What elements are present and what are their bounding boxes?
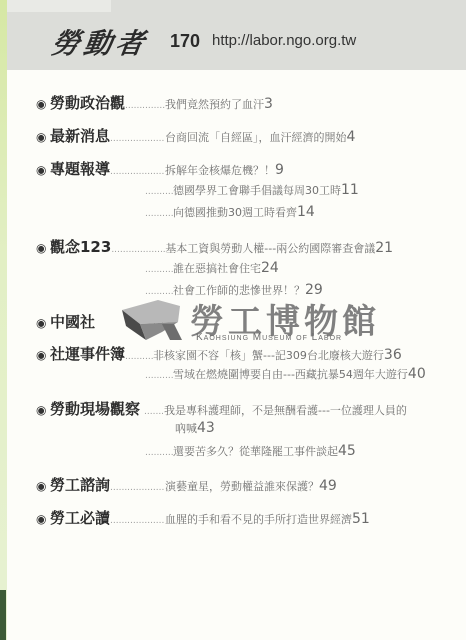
page-number: 51 <box>352 511 370 527</box>
page-number: 4 <box>347 129 356 145</box>
bullet-icon: ◉ <box>36 316 50 330</box>
article-title: 我是專科護理師，不是無酬看護---一位護理人員的 <box>164 402 407 418</box>
toc-sub-entry-continuation[interactable]: 吶喊 43 <box>175 420 215 436</box>
page-number: 45 <box>338 443 356 459</box>
bullet-icon: ◉ <box>36 130 50 144</box>
category-label: 最新消息 <box>50 125 110 146</box>
toc-entry[interactable]: ◉ 勞動政治觀 ................ 我們竟然預約了血汗 3 <box>36 92 273 112</box>
bullet-icon: ◉ <box>36 512 50 526</box>
article-title: 還要苦多久？從華隆罷工事件談起 <box>173 443 338 459</box>
bullet-icon: ◉ <box>36 403 50 417</box>
page-number: 29 <box>305 282 323 298</box>
table-of-contents: ◉ 勞動政治觀 ................ 我們竟然預約了血汗 3 ◉ 最… <box>0 0 466 640</box>
category-label: 勞動政治觀 <box>50 92 125 113</box>
page-number: 36 <box>384 347 402 363</box>
toc-sub-entry[interactable]: ............ 還要苦多久？從華隆罷工事件談起 45 <box>145 443 356 459</box>
dot-leader: ............ <box>145 265 173 275</box>
dot-leader: ....................... <box>110 483 165 493</box>
category-label: 專題報導 <box>50 158 110 179</box>
dot-leader: ............ <box>145 448 173 458</box>
toc-entry[interactable]: ◉ 勞工諮詢 ....................... 演藝童星，勞動權益… <box>36 474 337 494</box>
category-label: 勞動現場觀察 <box>50 398 140 419</box>
page-number: 43 <box>197 420 215 436</box>
article-title: 中 <box>153 315 164 331</box>
article-title: 誰在惡搞社會住宅 <box>173 260 261 276</box>
article-title: 雪域在燃燒圍博要自由---西藏抗暴54週年大遊行 <box>173 366 408 382</box>
page-number: 21 <box>375 240 393 256</box>
toc-entry[interactable]: ◉ 觀念123 ....................... 基本工資與勞動人… <box>36 236 393 256</box>
toc-entry[interactable]: ◉ 最新消息 ....................... 台商回流「自經區」… <box>36 125 355 145</box>
toc-sub-entry[interactable]: ............ 誰在惡搞社會住宅 24 <box>145 260 279 276</box>
bullet-icon: ◉ <box>36 97 50 111</box>
dot-leader: ............ <box>145 209 173 219</box>
toc-entry[interactable]: ◉ 勞動現場觀察 ........ 我是專科護理師，不是無酬看護---一位護理人… <box>36 398 407 418</box>
toc-sub-entry[interactable]: ............ 向德國推動30週工時看齊 14 <box>145 204 315 220</box>
bullet-icon: ◉ <box>36 163 50 177</box>
category-label: 勞工諮詢 <box>50 474 110 495</box>
toc-sub-entry[interactable]: ............ 德國學界工會聯手倡議每周30工時 11 <box>145 182 359 198</box>
dot-leader: ....................... <box>110 516 165 526</box>
dot-leader: ............ <box>125 352 153 362</box>
page-number: 3 <box>264 96 273 112</box>
dot-leader: ....................... <box>110 167 165 177</box>
category-label: 觀念123 <box>50 236 111 257</box>
bullet-icon: ◉ <box>36 241 50 255</box>
article-title: 社會工作師的悲慘世界！？ <box>173 282 305 298</box>
dot-leader: ............ <box>145 287 173 297</box>
toc-sub-entry[interactable]: ............ 雪域在燃燒圍博要自由---西藏抗暴54週年大遊行 40 <box>145 366 426 382</box>
page-number: 24 <box>261 260 279 276</box>
page-number: 9 <box>275 162 284 178</box>
article-title: 德國學界工會聯手倡議每周30工時 <box>173 182 341 198</box>
bullet-icon: ◉ <box>36 479 50 493</box>
page-number: 40 <box>408 366 426 382</box>
dot-leader: ................ <box>125 101 165 111</box>
article-title-continuation: 吶喊 <box>175 420 197 436</box>
article-title: 台商回流「自經區」，血汗經濟的開始 <box>165 129 347 145</box>
category-label: 社運事件簿 <box>50 343 125 364</box>
page-number: 14 <box>297 204 315 220</box>
dot-leader: ....................... <box>110 134 165 144</box>
article-title: 基本工資與勞動人權---兩公約國際審查會議 <box>165 240 375 256</box>
page-number: 49 <box>319 478 337 494</box>
article-title: 向德國推動30週工時看齊 <box>173 204 297 220</box>
dot-leader: ............ <box>145 371 173 381</box>
dot-leader: ........ <box>144 407 164 417</box>
article-title: 拆解年金核爆危機？！ <box>165 162 275 178</box>
article-title: 我們竟然預約了血汗 <box>165 96 264 112</box>
article-title: 演藝童星，勞動權益誰來保護？ <box>165 478 319 494</box>
category-label: 勞工必讀 <box>50 507 110 528</box>
dot-leader: ....................... <box>111 245 165 255</box>
toc-entry[interactable]: ◉ 中國社 中 <box>36 311 164 331</box>
toc-entry[interactable]: ◉ 勞工必讀 ....................... 血腥的手和看不見的… <box>36 507 370 527</box>
bullet-icon: ◉ <box>36 348 50 362</box>
dot-leader: ............ <box>145 187 173 197</box>
toc-sub-entry[interactable]: ............ 社會工作師的悲慘世界！？ 29 <box>145 282 323 298</box>
toc-entry[interactable]: ◉ 社運事件簿 ............ 非核家園不容「核」蟹---記309台北… <box>36 343 402 363</box>
article-title: 血腥的手和看不見的手所打造世界經濟 <box>165 511 352 527</box>
page-number: 11 <box>341 182 359 198</box>
category-label: 中國社 <box>50 311 95 332</box>
article-title: 非核家園不容「核」蟹---記309台北廢核大遊行 <box>153 347 384 363</box>
toc-entry[interactable]: ◉ 專題報導 ....................... 拆解年金核爆危機？… <box>36 158 284 178</box>
